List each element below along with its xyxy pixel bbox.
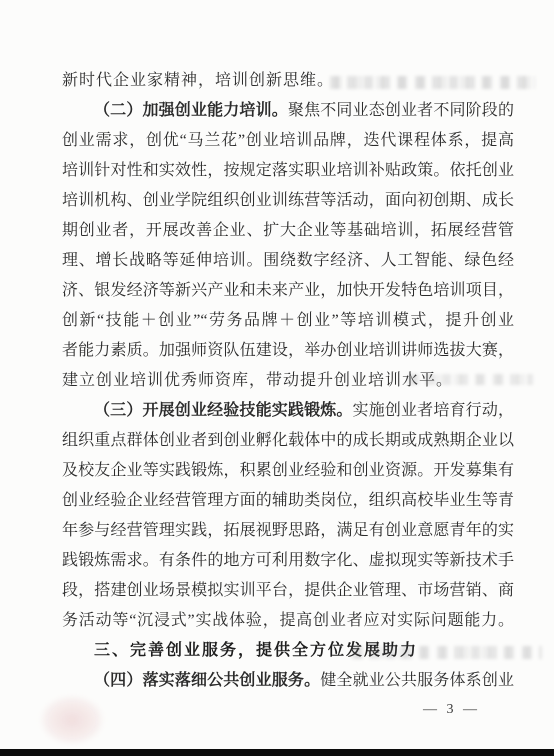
- text-line: 培训机构、创业学院组织创业训练营等活动，面向初创期、成长: [62, 186, 514, 216]
- section-heading: 三、完善创业服务，提供全方位发展助力: [62, 636, 514, 666]
- item-title: （三）开展创业经验技能实践锻炼。: [94, 402, 353, 419]
- line-text: 济、银发经济等新兴产业和未来产业，加快开发特色培训项目，: [62, 282, 514, 299]
- line-text: 及校友企业等实践锻炼，积累创业经验和创业资源。开发募集有: [62, 462, 514, 479]
- line-text: 健全就业公共服务体系创业: [320, 672, 514, 689]
- paper-stain: [28, 686, 116, 754]
- line-text: 创新“技能＋创业”“劳务品牌＋创业”等培训模式，提升创业: [62, 312, 514, 329]
- page-number: — 3 —: [423, 700, 480, 720]
- text-line: 建立创业培训优秀师资库，带动提升创业培训水平。: [62, 366, 514, 396]
- line-text: 培训针对性和实效性，按规定落实职业培训补贴政策。依托创业: [62, 162, 514, 179]
- text-line: 济、银发经济等新兴产业和未来产业，加快开发特色培训项目，: [62, 276, 514, 306]
- line-text: 创业经验企业经营管理方面的辅助类岗位，组织高校毕业生等青: [62, 492, 514, 509]
- line-text: 务活动等“沉浸式”实战体验，提高创业者应对实际问题能力。: [62, 612, 514, 629]
- text-line: 创业需求，创优“马兰花”创业培训品牌，迭代课程体系，提高: [62, 126, 514, 156]
- text-line: 年参与经营管理实践，拓展视野思路，满足有创业意愿青年的实: [62, 516, 514, 546]
- line-text: 建立创业培训优秀师资库，带动提升创业培训水平。: [62, 372, 453, 389]
- text-line: 培训针对性和实效性，按规定落实职业培训补贴政策。依托创业: [62, 156, 514, 186]
- text-line: （二）加强创业能力培训。聚焦不同业态创业者不同阶段的: [62, 96, 514, 126]
- scan-edge-bar: [0, 749, 554, 756]
- text-line: 及校友企业等实践锻炼，积累创业经验和创业资源。开发募集有: [62, 456, 514, 486]
- text-line: 期创业者，开展改善企业、扩大企业等基础培训，拓展经营管: [62, 216, 514, 246]
- text-line: （三）开展创业经验技能实践锻炼。实施创业者培育行动，: [62, 396, 514, 426]
- line-text: 理、增长战略等延伸培训。围绕数字经济、人工智能、绿色经: [62, 252, 514, 269]
- document-page: 新时代企业家精神，培训创新思维。（二）加强创业能力培训。聚焦不同业态创业者不同阶…: [0, 0, 554, 756]
- text-line: （四）落实落细公共创业服务。健全就业公共服务体系创业: [62, 666, 514, 696]
- text-line: 务活动等“沉浸式”实战体验，提高创业者应对实际问题能力。: [62, 606, 514, 636]
- line-text: 实施创业者培育行动，: [353, 402, 514, 419]
- line-text: 年参与经营管理实践，拓展视野思路，满足有创业意愿青年的实: [62, 522, 514, 539]
- line-text: 新时代企业家精神，培训创新思维。: [62, 72, 334, 89]
- line-text: 段，搭建创业场景模拟实训平台，提供企业管理、市场营销、商: [62, 582, 514, 599]
- text-line: 创新“技能＋创业”“劳务品牌＋创业”等培训模式，提升创业: [62, 306, 514, 336]
- line-text: 组织重点群体创业者到创业孵化载体中的成长期或成熟期企业以: [62, 432, 514, 449]
- line-text: 者能力素质。加强师资队伍建设，举办创业培训讲师选拔大赛，: [62, 342, 514, 359]
- text-line: 新时代企业家精神，培训创新思维。: [62, 66, 514, 96]
- text-line: 者能力素质。加强师资队伍建设，举办创业培训讲师选拔大赛，: [62, 336, 514, 366]
- text-line: 组织重点群体创业者到创业孵化载体中的成长期或成熟期企业以: [62, 426, 514, 456]
- document-body: 新时代企业家精神，培训创新思维。（二）加强创业能力培训。聚焦不同业态创业者不同阶…: [62, 66, 514, 696]
- line-text: 期创业者，开展改善企业、扩大企业等基础培训，拓展经营管: [62, 222, 514, 239]
- line-text: 三、完善创业服务，提供全方位发展助力: [94, 642, 418, 659]
- line-text: 践锻炼需求。有条件的地方可利用数字化、虚拟现实等新技术手: [62, 552, 514, 569]
- text-line: 段，搭建创业场景模拟实训平台，提供企业管理、市场营销、商: [62, 576, 514, 606]
- line-text: 聚焦不同业态创业者不同阶段的: [288, 102, 514, 119]
- line-text: 创业需求，创优“马兰花”创业培训品牌，迭代课程体系，提高: [62, 132, 514, 149]
- item-title: （二）加强创业能力培训。: [94, 102, 288, 119]
- text-line: 践锻炼需求。有条件的地方可利用数字化、虚拟现实等新技术手: [62, 546, 514, 576]
- item-title: （四）落实落细公共创业服务。: [94, 672, 320, 689]
- text-line: 理、增长战略等延伸培训。围绕数字经济、人工智能、绿色经: [62, 246, 514, 276]
- text-line: 创业经验企业经营管理方面的辅助类岗位，组织高校毕业生等青: [62, 486, 514, 516]
- line-text: 培训机构、创业学院组织创业训练营等活动，面向初创期、成长: [62, 192, 514, 209]
